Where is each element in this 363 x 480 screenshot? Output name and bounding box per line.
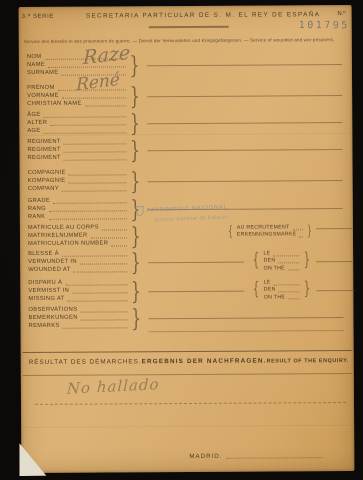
result-answer-line	[35, 402, 346, 405]
dotted-leader	[279, 291, 299, 292]
footer-city-row: MADRID.	[189, 452, 322, 460]
dotted-leader	[44, 117, 127, 119]
dotted-leader	[81, 319, 128, 320]
recruitment-block: { AU RECRUTEMENT ERKENNUNGSMARKE }	[226, 223, 310, 240]
archive-stamp: PATRIMONIO NACIONAL Archivo General de P…	[136, 202, 247, 224]
city-label: MADRID.	[189, 453, 222, 460]
patrimonio-crest-icon	[136, 206, 144, 216]
answer-line	[149, 330, 344, 332]
right-label-en: ON THE	[264, 265, 300, 273]
dotted-leader	[62, 256, 127, 257]
answer-line	[148, 180, 343, 182]
field-label-en: WOUNDED AT	[28, 266, 128, 274]
answer-line	[148, 291, 244, 293]
dotted-leader	[80, 312, 127, 313]
brace-glyph: }	[130, 51, 140, 79]
dotted-leader	[74, 271, 128, 272]
answer-line-short	[316, 228, 354, 229]
field-group-blesse: BLESSÉ À VERWUNDET IN WOUNDED AT } { LE …	[28, 249, 345, 275]
dotted-leader	[62, 190, 127, 191]
dotted-leader	[299, 236, 303, 237]
brace-glyph: }	[131, 304, 141, 332]
right-label-en: ON THE	[264, 294, 300, 302]
dotted-leader	[64, 151, 127, 152]
dotted-leader	[68, 300, 128, 301]
dotted-leader	[292, 229, 303, 230]
answer-line	[147, 95, 342, 97]
dotted-leader	[49, 210, 127, 211]
document-card: 3.ª SERIE SECRETARIA PARTICULAR DE S. M.…	[19, 5, 355, 473]
dotted-leader	[64, 144, 127, 145]
number-label: N.º	[337, 11, 345, 17]
dotted-leader	[91, 237, 127, 238]
dotted-leader	[111, 245, 127, 246]
brace-glyph: }	[130, 82, 140, 110]
date-block: { LE DEN ON THE }	[250, 249, 312, 272]
field-label-en: MATRICULATION NUMBER	[28, 240, 128, 248]
dotted-leader	[102, 230, 127, 231]
field-group-regiment: RÉGIMENT REGIMENT REGIMENT }	[27, 137, 344, 163]
field-group-prenom: PRÉNOM VORNAME CHRISTIAN NAME }	[27, 83, 344, 109]
field-label-en: MISSING AT	[28, 295, 128, 303]
right-label-de: ERKENNUNGSMARKE	[237, 232, 305, 240]
dotted-leader	[62, 97, 126, 98]
field-label-en: AGE	[27, 127, 127, 135]
dotted-leader	[274, 284, 299, 285]
date-block: { LE DEN ON THE }	[250, 278, 312, 301]
title-underline	[149, 26, 229, 28]
result-heading-en: RESULT OF THE ENQUIRY.	[267, 358, 349, 365]
brace-glyph: }	[131, 277, 141, 305]
result-heading-fr: RÉSULTAT DES DÉMARCHES.	[29, 358, 142, 366]
answer-line	[147, 122, 342, 124]
answer-line	[148, 317, 343, 319]
result-heading-de: ERGEBNIS DER NACHFRAGEN.	[142, 358, 267, 366]
dotted-leader	[63, 327, 128, 328]
field-group-compagnie: COMPAGNIE KOMPAGNIE COMPANY }	[28, 168, 345, 194]
dotted-leader	[80, 263, 127, 264]
handwritten-result-note: No hallado	[66, 375, 160, 398]
field-group-age: ÂGE ALTER AGE }	[27, 110, 344, 136]
brace-glyph: }	[130, 167, 140, 195]
answer-line	[147, 64, 342, 66]
section-divider	[23, 373, 352, 376]
field-label-en: COMPANY	[28, 185, 128, 193]
dotted-leader	[288, 299, 299, 300]
dotted-leader	[64, 159, 127, 160]
brace-glyph: }	[131, 248, 141, 276]
series-label: 3.ª SERIE	[22, 14, 54, 20]
brace-glyph: {	[228, 224, 233, 240]
field-group-observations: OBSERVATIONS BEMERKUNGEN REMARKS }	[28, 305, 345, 331]
brace-glyph: }	[131, 222, 141, 250]
folded-corner	[19, 443, 46, 476]
brace-glyph: {	[252, 250, 259, 273]
paper-crease	[21, 425, 354, 429]
photo-background: 3.ª SERIE SECRETARIA PARTICULAR DE S. M.…	[0, 0, 363, 480]
document-title: SECRETARIA PARTICULAR DE S. M. EL REY DE…	[81, 11, 326, 19]
brace-glyph: }	[307, 223, 312, 239]
answer-line	[147, 149, 342, 151]
field-group-matricule: MATRICULE AU CORPS MATRIKELNUMMER MATRIC…	[28, 223, 345, 249]
dotted-leader	[48, 218, 126, 219]
dotted-leader	[44, 132, 127, 134]
registry-number-stamp: 101795	[299, 20, 350, 31]
result-heading: RÉSULTAT DES DÉMARCHES. ERGEBNIS DER NAC…	[29, 357, 346, 366]
brace-glyph: {	[253, 279, 260, 302]
field-label-en: RANK	[28, 213, 128, 221]
brace-glyph: }	[303, 249, 310, 272]
service-subtitle: Service des blessés et des prisonniers d…	[24, 38, 361, 45]
answer-line-short	[316, 261, 354, 262]
field-group-nom: NOM NAME SURNAME }	[27, 52, 344, 78]
dotted-leader	[274, 255, 299, 256]
field-label-en: CHRISTIAN NAME	[27, 100, 127, 108]
brace-glyph: }	[130, 136, 140, 164]
dotted-leader	[65, 285, 127, 286]
archive-stamp-line1: PATRIMONIO NACIONAL	[147, 204, 228, 213]
field-label-en: REMARKS	[29, 322, 129, 330]
dotted-leader	[85, 105, 127, 106]
dotted-leader	[68, 182, 126, 183]
section-divider	[23, 350, 352, 353]
dotted-leader	[53, 203, 127, 204]
brace-glyph: }	[303, 278, 310, 301]
dotted-leader	[72, 292, 127, 293]
dotted-leader	[69, 175, 127, 176]
dotted-leader	[288, 270, 299, 271]
answer-line	[148, 262, 244, 264]
dotted-leader	[278, 262, 298, 263]
dotted-leader	[226, 457, 322, 459]
field-group-disparu: DISPARU À VERMISST IN MISSING AT } { LE …	[28, 278, 345, 304]
dotted-leader	[50, 124, 126, 125]
brace-glyph: }	[130, 109, 140, 137]
answer-line-short	[316, 290, 354, 291]
field-label-en: REGIMENT	[27, 154, 127, 162]
